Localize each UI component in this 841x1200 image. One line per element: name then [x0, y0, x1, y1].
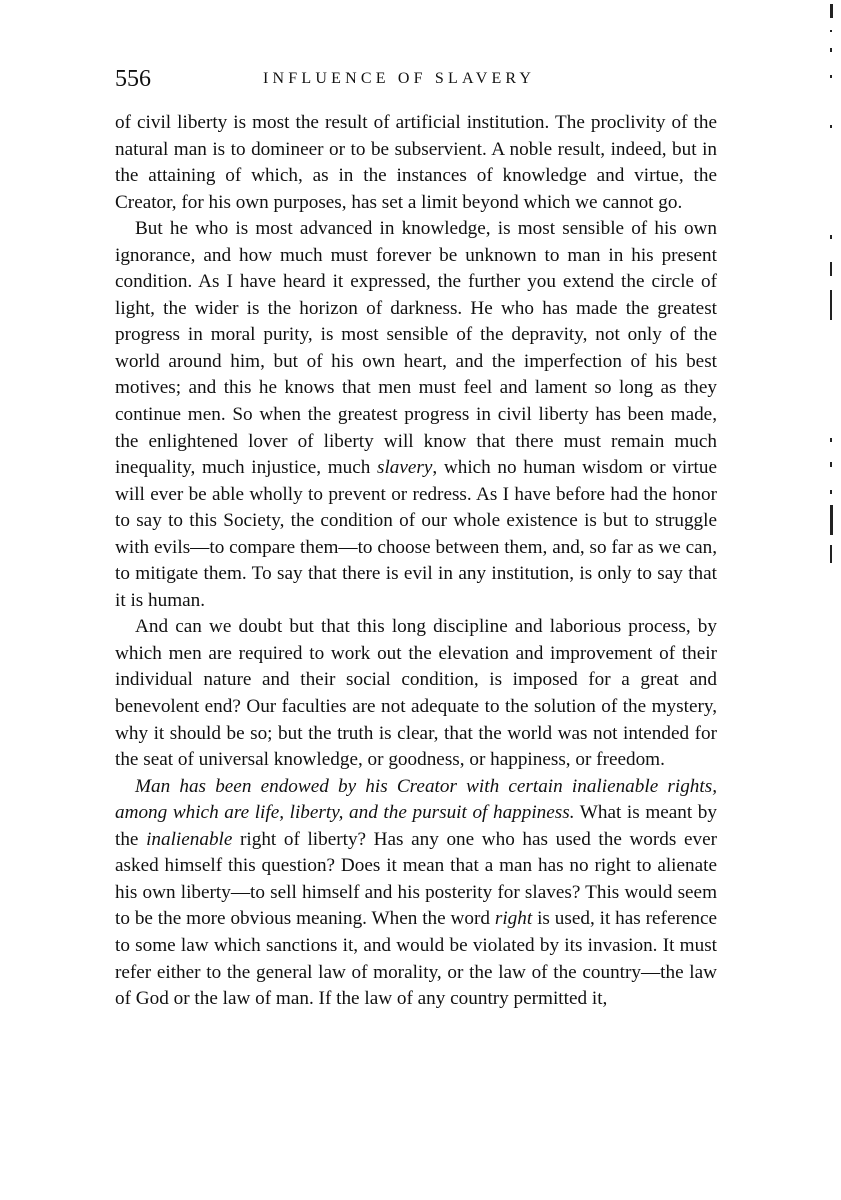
text-segment: But he who is most advanced in knowledge… — [115, 218, 717, 478]
text-segment: And can we doubt but that this long disc… — [115, 616, 717, 770]
paragraph-2: But he who is most advanced in knowledge… — [115, 216, 717, 614]
page-header: 556 INFLUENCE OF SLAVERY — [115, 66, 715, 96]
italic-segment: slavery — [377, 457, 432, 478]
italic-segment: inalienable — [146, 829, 232, 850]
text-segment: of civil liberty is most the result of a… — [115, 112, 717, 213]
text-segment: , which no human wisdom or virtue will e… — [115, 457, 717, 611]
body-text: of civil liberty is most the result of a… — [115, 110, 717, 1013]
running-title: INFLUENCE OF SLAVERY — [263, 70, 535, 88]
paragraph-1: of civil liberty is most the result of a… — [115, 110, 717, 216]
paragraph-3: And can we doubt but that this long disc… — [115, 614, 717, 773]
scan-edge-marks — [830, 0, 836, 600]
page-number: 556 — [115, 66, 151, 93]
italic-segment: right — [495, 908, 532, 929]
paragraph-4: Man has been endowed by his Creator with… — [115, 774, 717, 1013]
